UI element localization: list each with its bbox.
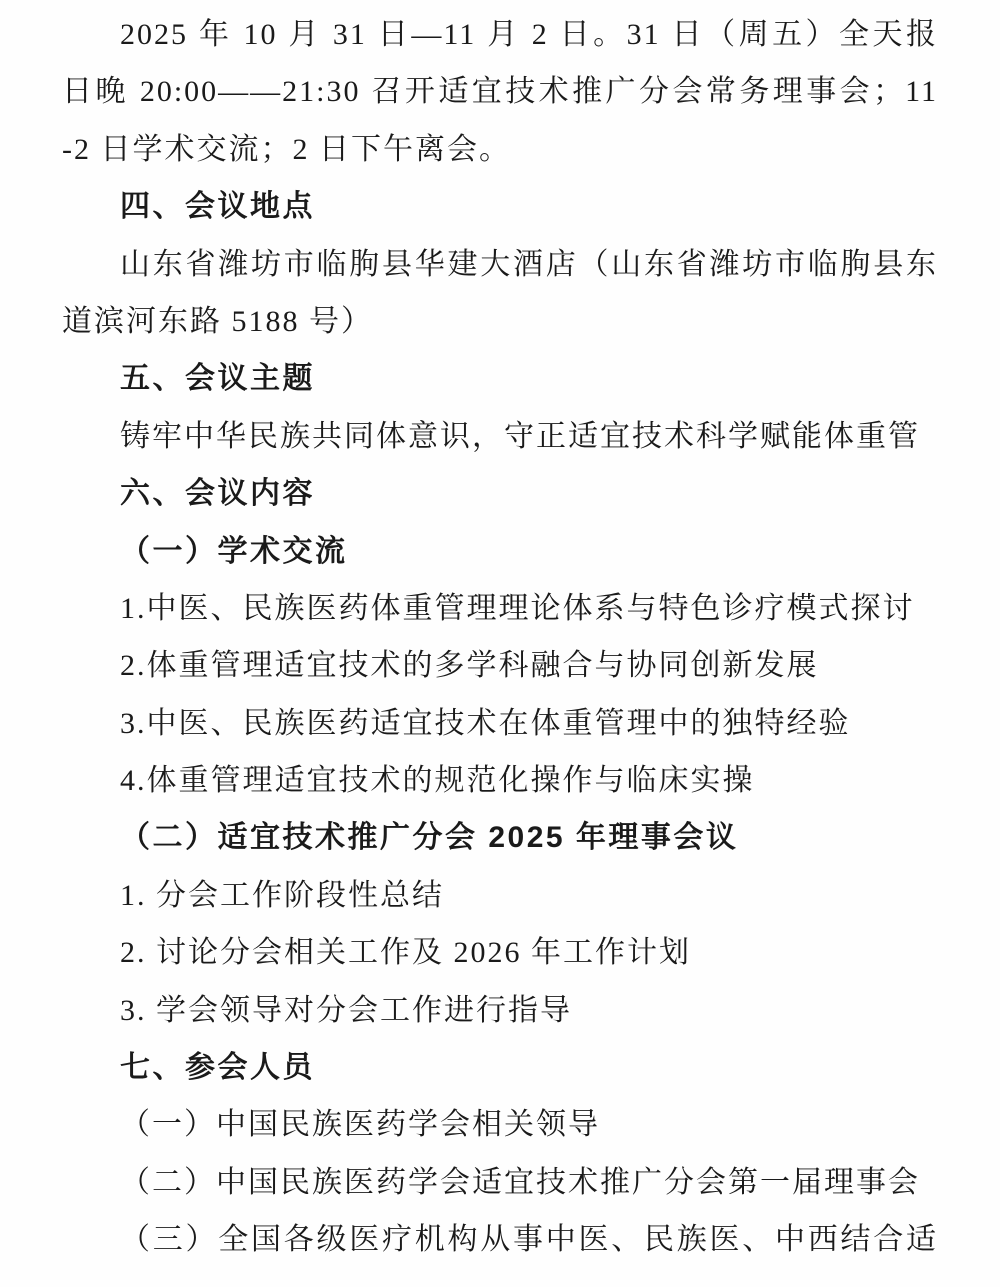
body-line: 2. 讨论分会相关工作及 2026 年工作计划 — [62, 924, 938, 981]
body-line: 山东省潍坊市临朐县华建大酒店（山东省潍坊市临朐县东城街 — [62, 236, 938, 293]
section-heading: 五、会议主题 — [62, 350, 938, 407]
body-line: 日晚 20:00——21:30 召开适宜技术推广分会常务理事会；11 月 1 日 — [62, 63, 938, 120]
body-line: 道滨河东路 5188 号） — [62, 293, 938, 350]
body-line: 1. 分会工作阶段性总结 — [62, 867, 938, 924]
body-line: 铸牢中华民族共同体意识，守正适宜技术科学赋能体重管理 — [62, 408, 938, 465]
document-content: 2025 年 10 月 31 日—11 月 2 日。31 日（周五）全天报到；3… — [0, 0, 1000, 1269]
subsection-heading: （二）适宜技术推广分会 2025 年理事会议 — [62, 809, 938, 866]
body-line: -2 日学术交流；2 日下午离会。 — [62, 121, 938, 178]
section-heading: 四、会议地点 — [62, 178, 938, 235]
body-line: 1.中医、民族医药体重管理理论体系与特色诊疗模式探讨 — [62, 580, 938, 637]
body-line: （三）全国各级医疗机构从事中医、民族医、中西结合适宜技 — [62, 1211, 938, 1268]
body-line: 3.中医、民族医药适宜技术在体重管理中的独特经验 — [62, 695, 938, 752]
body-line: （一）中国民族医药学会相关领导 — [62, 1096, 938, 1153]
body-line: （二）中国民族医药学会适宜技术推广分会第一届理事会成员 — [62, 1154, 938, 1211]
section-heading: 六、会议内容 — [62, 465, 938, 522]
body-line: 3. 学会领导对分会工作进行指导 — [62, 982, 938, 1039]
document-page: 2025 年 10 月 31 日—11 月 2 日。31 日（周五）全天报到；3… — [0, 0, 1000, 1287]
body-line: 2.体重管理适宜技术的多学科融合与协同创新发展 — [62, 637, 938, 694]
subsection-heading: （一）学术交流 — [62, 523, 938, 580]
body-line: 4.体重管理适宜技术的规范化操作与临床实操 — [62, 752, 938, 809]
section-heading: 七、参会人员 — [62, 1039, 938, 1096]
body-line: 2025 年 10 月 31 日—11 月 2 日。31 日（周五）全天报到；3… — [62, 6, 938, 63]
